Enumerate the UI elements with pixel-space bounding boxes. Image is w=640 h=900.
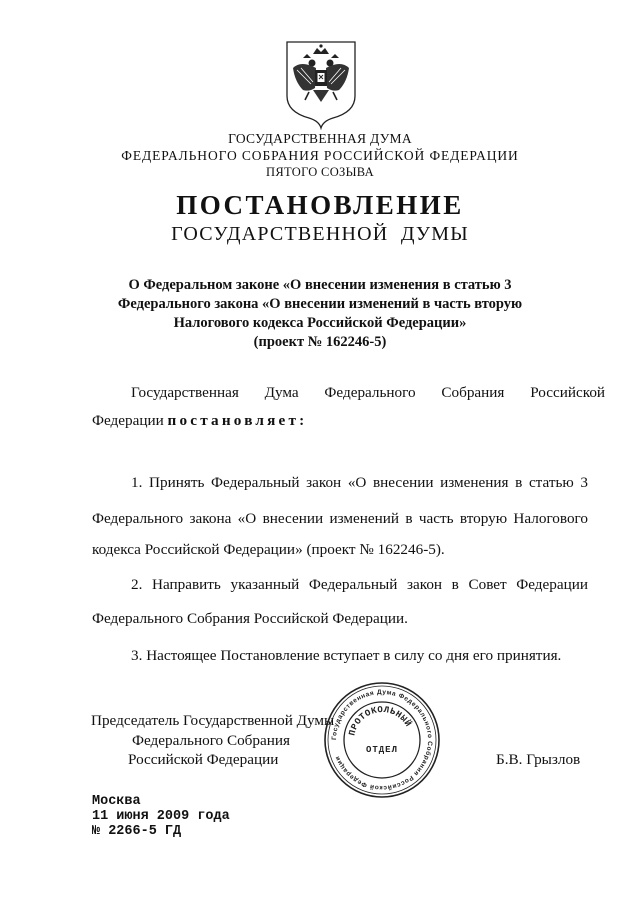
subject-line: О Федеральном законе «О внесении изменен… <box>0 276 640 295</box>
item-1-line-2: Федерального закона «О внесении изменени… <box>92 510 588 528</box>
footer-date: 11 июня 2009 года <box>92 809 230 824</box>
issuer-line-1: ГОСУДАРСТВЕННАЯ ДУМА <box>0 131 640 147</box>
footer-city: Москва <box>92 794 141 809</box>
signatory-position-line-1: Председатель Государственной Думы <box>91 712 334 730</box>
footer-number: № 2266-5 ГД <box>92 824 181 839</box>
signatory-name: Б.В. Грызлов <box>496 751 580 769</box>
issuer-line-3: ПЯТОГО СОЗЫВА <box>0 165 640 180</box>
stamp-center-bottom: ОТДЕЛ <box>366 745 398 755</box>
signatory-position-line-2: Федерального Собрания <box>132 732 290 750</box>
stamp-ring-text: Государственная Дума Федерального Собран… <box>331 689 433 792</box>
document-title: ПОСТАНОВЛЕНИЕ <box>0 190 640 221</box>
document-subtitle: ГОСУДАРСТВЕННОЙ ДУМЫ <box>0 223 640 246</box>
svg-text:Государственная Дума Федеральн: Государственная Дума Федерального Собран… <box>331 689 433 792</box>
item-3-line-1: 3. Настоящее Постановление вступает в си… <box>131 647 561 665</box>
item-1-line-1: 1. Принять Федеральный закон «О внесении… <box>131 474 588 492</box>
subject-line: Налогового кодекса Российской Федерации» <box>0 314 640 333</box>
item-2-line-2: Федерального Собрания Российской Федерац… <box>92 610 408 628</box>
coat-of-arms-icon <box>283 38 359 130</box>
resolves-keyword: постановляет: <box>168 412 308 429</box>
subject-line: (проект № 162246-5) <box>0 333 640 352</box>
official-stamp: Государственная Дума Федерального Собран… <box>322 680 442 800</box>
item-1-line-3: кодекса Российской Федерации» (проект № … <box>92 541 445 559</box>
subject-block: О Федеральном законе «О внесении изменен… <box>0 276 640 352</box>
subject-line: Федерального закона «О внесении изменени… <box>0 295 640 314</box>
preamble-line-2: Федерации постановляет: <box>92 412 307 430</box>
preamble-line-1: Государственная Дума Федерального Собран… <box>131 384 588 402</box>
item-2-line-1: 2. Направить указанный Федеральный закон… <box>131 576 588 594</box>
preamble-prefix: Федерации <box>92 412 168 429</box>
issuer-line-2: ФЕДЕРАЛЬНОГО СОБРАНИЯ РОССИЙСКОЙ ФЕДЕРАЦ… <box>0 148 640 164</box>
signatory-position-line-3: Российской Федерации <box>128 751 278 769</box>
